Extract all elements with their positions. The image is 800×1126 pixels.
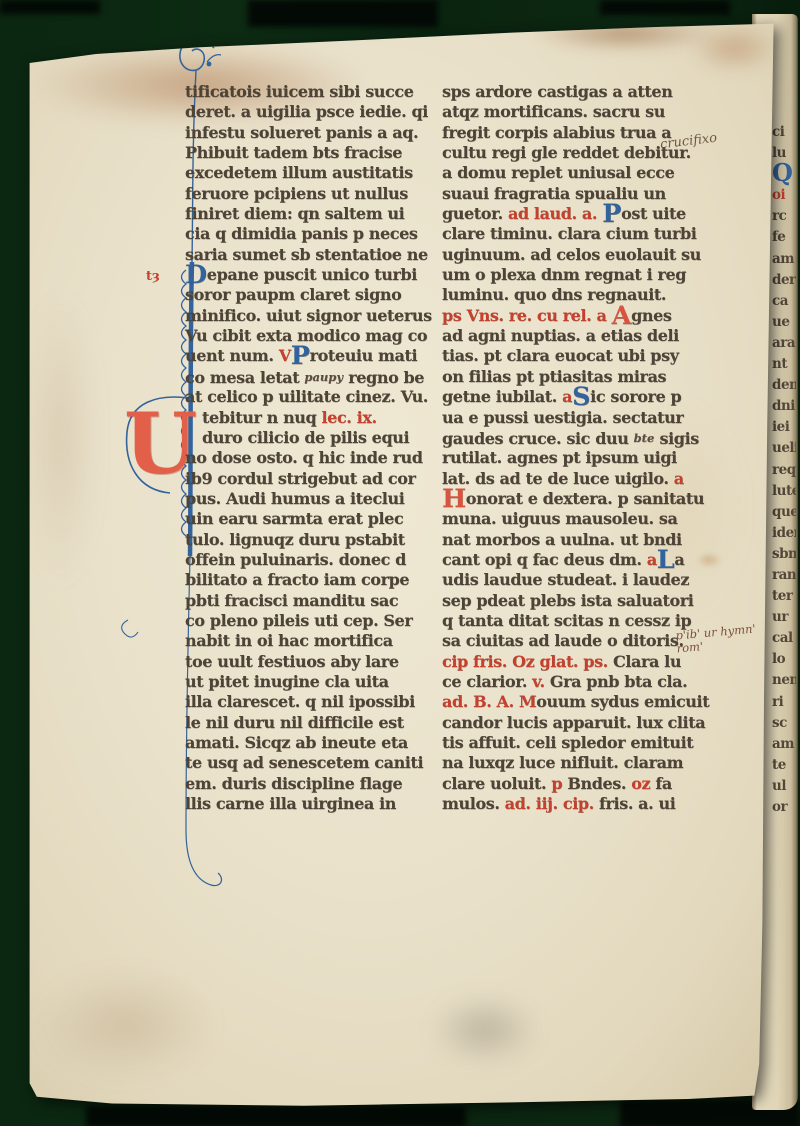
- text-run: gaudes cruce. sic duu: [442, 429, 634, 448]
- text-line: bilitato a fracto iam corpe: [185, 570, 447, 590]
- text-line: udis laudue studeat. i laudez: [442, 570, 704, 590]
- text-line: getne iubilat. aSic sorore p: [442, 387, 704, 407]
- text-line: a domu replet uniusal ecce: [442, 163, 704, 183]
- text-run: duro cilicio de pilis equi: [202, 428, 409, 447]
- text-run: cia q dimidia panis p neces: [185, 224, 418, 243]
- text-run: muna. uiguus mausoleu. sa: [442, 509, 677, 528]
- text-line: cant opi q fac deus dm. aLa: [442, 550, 704, 570]
- text-run: Bndes.: [567, 774, 631, 793]
- text-run: ua e pussi uestigia. sectatur: [442, 408, 683, 427]
- text-run: feruore pcipiens ut nullus: [185, 184, 408, 203]
- text-run: lat. ds ad te de luce uigilo.: [442, 469, 674, 488]
- text-run: a: [674, 469, 684, 488]
- text-run: finiret diem: qn saltem ui: [185, 204, 404, 223]
- text-run: em. duris discipline flage: [185, 774, 402, 793]
- text-run: ut pitet inugine cla uita: [185, 672, 389, 691]
- text-line: offein puluinaris. donec d: [185, 550, 447, 570]
- text-run: a: [674, 550, 684, 569]
- page-shadow-wrap: U tȝ tificatois iuicem sibi succederet. …: [0, 0, 800, 1126]
- text-run: no dose osto. q hic inde rud: [185, 448, 423, 467]
- text-run: rutilat. agnes pt ipsum uigi: [442, 448, 677, 467]
- text-column-right: sps ardore castigas a attenatqz mortific…: [442, 82, 704, 814]
- text-run: ib9 cordul strigebut ad cor: [185, 469, 416, 488]
- text-run: luminu. quo dns regnauit.: [442, 285, 666, 304]
- text-line: ad. B. A. Mouum sydus emicuit: [442, 692, 704, 712]
- text-line: gaudes cruce. sic duu bte sigis: [442, 428, 704, 448]
- text-run: tulo. lignuqz duru pstabit: [185, 530, 405, 549]
- text-line: mulos. ad. iij. cip. fris. a. ui: [442, 794, 704, 814]
- text-line: minifico. uiut signor ueterus: [185, 306, 447, 326]
- text-line: cip fris. Oz glat. ps. Clara lu: [442, 652, 704, 672]
- text-line: infestu solueret panis a aq.: [185, 123, 447, 143]
- decorated-initial-U: U: [124, 398, 188, 492]
- text-line: um o plexa dnm regnat i reg: [442, 265, 704, 285]
- text-run: soror paupm claret signo: [185, 285, 401, 304]
- text-run: uent num.: [185, 346, 279, 365]
- text-run: p: [551, 774, 567, 793]
- text-run: candor lucis apparuit. lux clita: [442, 713, 705, 732]
- margin-note-hymn: p'ib' ur hymn' rom': [675, 623, 757, 656]
- text-run: sigis: [654, 429, 699, 448]
- text-run: clare timinu. clara cium turbi: [442, 224, 696, 243]
- text-run: guetor.: [442, 204, 508, 223]
- text-run: suaui fragratia spualiu un: [442, 184, 666, 203]
- text-line: llis carne illa uirginea in: [185, 794, 447, 814]
- text-run: tis affuit. celi spledor emituit: [442, 733, 693, 752]
- text-run: roteuiu mati: [310, 346, 418, 365]
- text-run: regno be: [343, 368, 424, 387]
- text-run: bte: [634, 431, 655, 445]
- text-run: gnes: [631, 306, 671, 325]
- text-run: toe uult festiuos aby lare: [185, 652, 399, 671]
- text-line: tebitur n nuq lec. ix.: [185, 408, 447, 428]
- text-run: onorat e dextera. p sanitatu: [466, 489, 704, 508]
- text-run: offein puluinaris. donec d: [185, 550, 406, 569]
- text-line: candor lucis apparuit. lux clita: [442, 713, 704, 733]
- text-line: ad agni nuptias. a etias deli: [442, 326, 704, 346]
- text-run: sa ciuitas ad laude o ditoris.: [442, 631, 684, 650]
- text-run: ps Vns. re. cu rel. a: [442, 306, 612, 325]
- text-run: paupy: [304, 370, 343, 384]
- text-run: bilitato a fracto iam corpe: [185, 570, 409, 589]
- text-line: Honorat e dextera. p sanitatu: [442, 489, 704, 509]
- paragraph-mark: tȝ: [146, 269, 160, 284]
- stain: [688, 22, 780, 74]
- text-run: um o plexa dnm regnat i reg: [442, 265, 686, 284]
- text-line: clare uoluit. p Bndes. oz fa: [442, 774, 704, 794]
- text-line: Depane puscit unico turbi: [185, 265, 447, 285]
- text-line: pbti fracisci manditu sac: [185, 591, 447, 611]
- text-run: amati. Sicqz ab ineute eta: [185, 733, 408, 752]
- text-run: pbti fracisci manditu sac: [185, 591, 398, 610]
- text-run: atqz mortificans. sacru su: [442, 102, 665, 121]
- text-line: tulo. lignuqz duru pstabit: [185, 530, 447, 550]
- text-run: co pleno pileis uti cep. Ser: [185, 611, 412, 630]
- text-run: ad. iij. cip.: [505, 794, 599, 813]
- text-run: saria sumet sb stentatioe ne: [185, 245, 428, 264]
- text-run: clare uoluit.: [442, 774, 551, 793]
- text-run: lec. ix.: [322, 408, 377, 427]
- text-line: sep pdeat plebs ista saluatori: [442, 591, 704, 611]
- text-run: Gra pnb bta cla.: [550, 672, 687, 691]
- text-run: on filias pt ptiasitas miras: [442, 367, 666, 386]
- text-run: udis laudue studeat. i laudez: [442, 570, 689, 589]
- text-run: pus. Audi humus a iteclui: [185, 489, 404, 508]
- text-run: tificatois iuicem sibi succe: [185, 82, 414, 101]
- text-line: sa ciuitas ad laude o ditoris.: [442, 631, 704, 651]
- text-line: clare timinu. clara cium turbi: [442, 224, 704, 244]
- text-line: pus. Audi humus a iteclui: [185, 489, 447, 509]
- text-run: ouum sydus emicuit: [536, 692, 709, 711]
- text-run: Phibuit tadem bts fracise: [185, 143, 402, 162]
- text-line: tificatois iuicem sibi succe: [185, 82, 447, 102]
- text-line: na luxqz luce nifluit. claram: [442, 753, 704, 773]
- text-line: duro cilicio de pilis equi: [185, 428, 447, 448]
- text-line: uent num. VProteuiu mati: [185, 346, 447, 366]
- text-line: uginuum. ad celos euolauit su: [442, 245, 704, 265]
- text-run: nat morbos a uulna. ut bndi: [442, 530, 682, 549]
- text-line: tias. pt clara euocat ubi psy: [442, 346, 704, 366]
- text-run: fris. a. ui: [599, 794, 675, 813]
- text-run: illa clarescet. q nil ipossibi: [185, 692, 415, 711]
- text-line: atqz mortificans. sacru su: [442, 102, 704, 122]
- text-line: amati. Sicqz ab ineute eta: [185, 733, 447, 753]
- text-run: cant opi q fac deus dm.: [442, 550, 647, 569]
- text-line: tis affuit. celi spledor emituit: [442, 733, 704, 753]
- text-run: le nil duru nil difficile est: [185, 713, 404, 732]
- text-line: luminu. quo dns regnauit.: [442, 285, 704, 305]
- text-run: V: [279, 346, 291, 365]
- text-run: llis carne illa uirginea in: [185, 794, 396, 813]
- text-run: tebitur n nuq: [202, 408, 322, 427]
- text-line: saria sumet sb stentatioe ne: [185, 245, 447, 265]
- text-line: deret. a uigilia psce iedie. qi: [185, 102, 447, 122]
- text-run: uin earu sarmta erat plec: [185, 509, 403, 528]
- text-line: finiret diem: qn saltem ui: [185, 204, 447, 224]
- text-line: nabit in oi hac mortifica: [185, 631, 447, 651]
- text-line: muna. uiguus mausoleu. sa: [442, 509, 704, 529]
- text-run: oz: [631, 774, 655, 793]
- text-run: getne iubilat.: [442, 387, 562, 406]
- text-line: ua e pussi uestigia. sectatur: [442, 408, 704, 428]
- text-line: feruore pcipiens ut nullus: [185, 184, 447, 204]
- text-line: Vu cibit exta modico mag co: [185, 326, 447, 346]
- text-run: tias. pt clara euocat ubi psy: [442, 346, 679, 365]
- text-line: rutilat. agnes pt ipsum uigi: [442, 448, 704, 468]
- text-run: co mesa letat: [185, 368, 304, 387]
- text-line: toe uult festiuos aby lare: [185, 652, 447, 672]
- text-line: co pleno pileis uti cep. Ser: [185, 611, 447, 631]
- text-line: at celico p uilitate cinez. Vu.: [185, 387, 447, 407]
- text-line: cia q dimidia panis p neces: [185, 224, 447, 244]
- text-run: fregit corpis alabius trua a: [442, 123, 671, 142]
- text-line: ib9 cordul strigebut ad cor: [185, 469, 447, 489]
- text-run: ost uite: [621, 204, 686, 223]
- text-run: na luxqz luce nifluit. claram: [442, 753, 683, 772]
- text-line: lat. ds ad te de luce uigilo. a: [442, 469, 704, 489]
- stain: [430, 995, 540, 1065]
- text-run: ce clarior.: [442, 672, 532, 691]
- text-run: cip fris. Oz glat. ps.: [442, 652, 613, 671]
- text-run: ic sorore p: [590, 387, 681, 406]
- text-run: deret. a uigilia psce iedie. qi: [185, 102, 428, 121]
- text-run: a: [647, 550, 657, 569]
- text-line: em. duris discipline flage: [185, 774, 447, 794]
- text-run: uginuum. ad celos euolauit su: [442, 245, 701, 264]
- text-line: te usq ad senescetem caniti: [185, 753, 447, 773]
- text-run: ad agni nuptias. a etias deli: [442, 326, 679, 345]
- text-run: a domu replet uniusal ecce: [442, 163, 674, 182]
- text-column-left: tificatois iuicem sibi succederet. a uig…: [185, 82, 447, 814]
- text-run: sep pdeat plebs ista saluatori: [442, 591, 693, 610]
- text-run: infestu solueret panis a aq.: [185, 123, 418, 142]
- text-run: excedetem illum austitatis: [185, 163, 413, 182]
- text-run: a: [562, 387, 572, 406]
- text-run: minifico. uiut signor ueterus: [185, 306, 432, 325]
- text-line: illa clarescet. q nil ipossibi: [185, 692, 447, 712]
- text-run: cultu regi gle reddet debitur.: [442, 143, 691, 162]
- stain: [26, 290, 96, 590]
- text-run: Clara lu: [613, 652, 681, 671]
- text-run: mulos.: [442, 794, 505, 813]
- text-run: at celico p uilitate cinez. Vu.: [185, 387, 428, 406]
- text-line: q tanta ditat scitas n cessz ip: [442, 611, 704, 631]
- text-line: suaui fragratia spualiu un: [442, 184, 704, 204]
- text-line: no dose osto. q hic inde rud: [185, 448, 447, 468]
- text-run: ad laud. a.: [508, 204, 602, 223]
- text-run: nabit in oi hac mortifica: [185, 631, 393, 650]
- text-line: le nil duru nil difficile est: [185, 713, 447, 733]
- text-line: excedetem illum austitatis: [185, 163, 447, 183]
- text-line: sps ardore castigas a atten: [442, 82, 704, 102]
- text-line: soror paupm claret signo: [185, 285, 447, 305]
- text-run: q tanta ditat scitas n cessz ip: [442, 611, 691, 630]
- stain: [36, 970, 216, 1080]
- text-run: v.: [532, 672, 550, 691]
- text-line: ps Vns. re. cu rel. a Agnes: [442, 306, 704, 326]
- text-line: Phibuit tadem bts fracise: [185, 143, 447, 163]
- text-line: guetor. ad laud. a. Post uite: [442, 204, 704, 224]
- text-run: fa: [655, 774, 671, 793]
- text-line: uin earu sarmta erat plec: [185, 509, 447, 529]
- text-run: ad. B. A. M: [442, 692, 536, 711]
- text-run: sps ardore castigas a atten: [442, 82, 672, 101]
- parchment-page: U tȝ tificatois iuicem sibi succederet. …: [0, 0, 800, 1126]
- manuscript-photograph: ciluQoircfeamdercauearantdendniieiuelire…: [0, 0, 800, 1126]
- text-line: ce clarior. v. Gra pnb bta cla.: [442, 672, 704, 692]
- text-run: epane puscit unico turbi: [207, 265, 417, 284]
- text-run: te usq ad senescetem caniti: [185, 753, 423, 772]
- text-line: ut pitet inugine cla uita: [185, 672, 447, 692]
- text-line: co mesa letat paupy regno be: [185, 367, 447, 387]
